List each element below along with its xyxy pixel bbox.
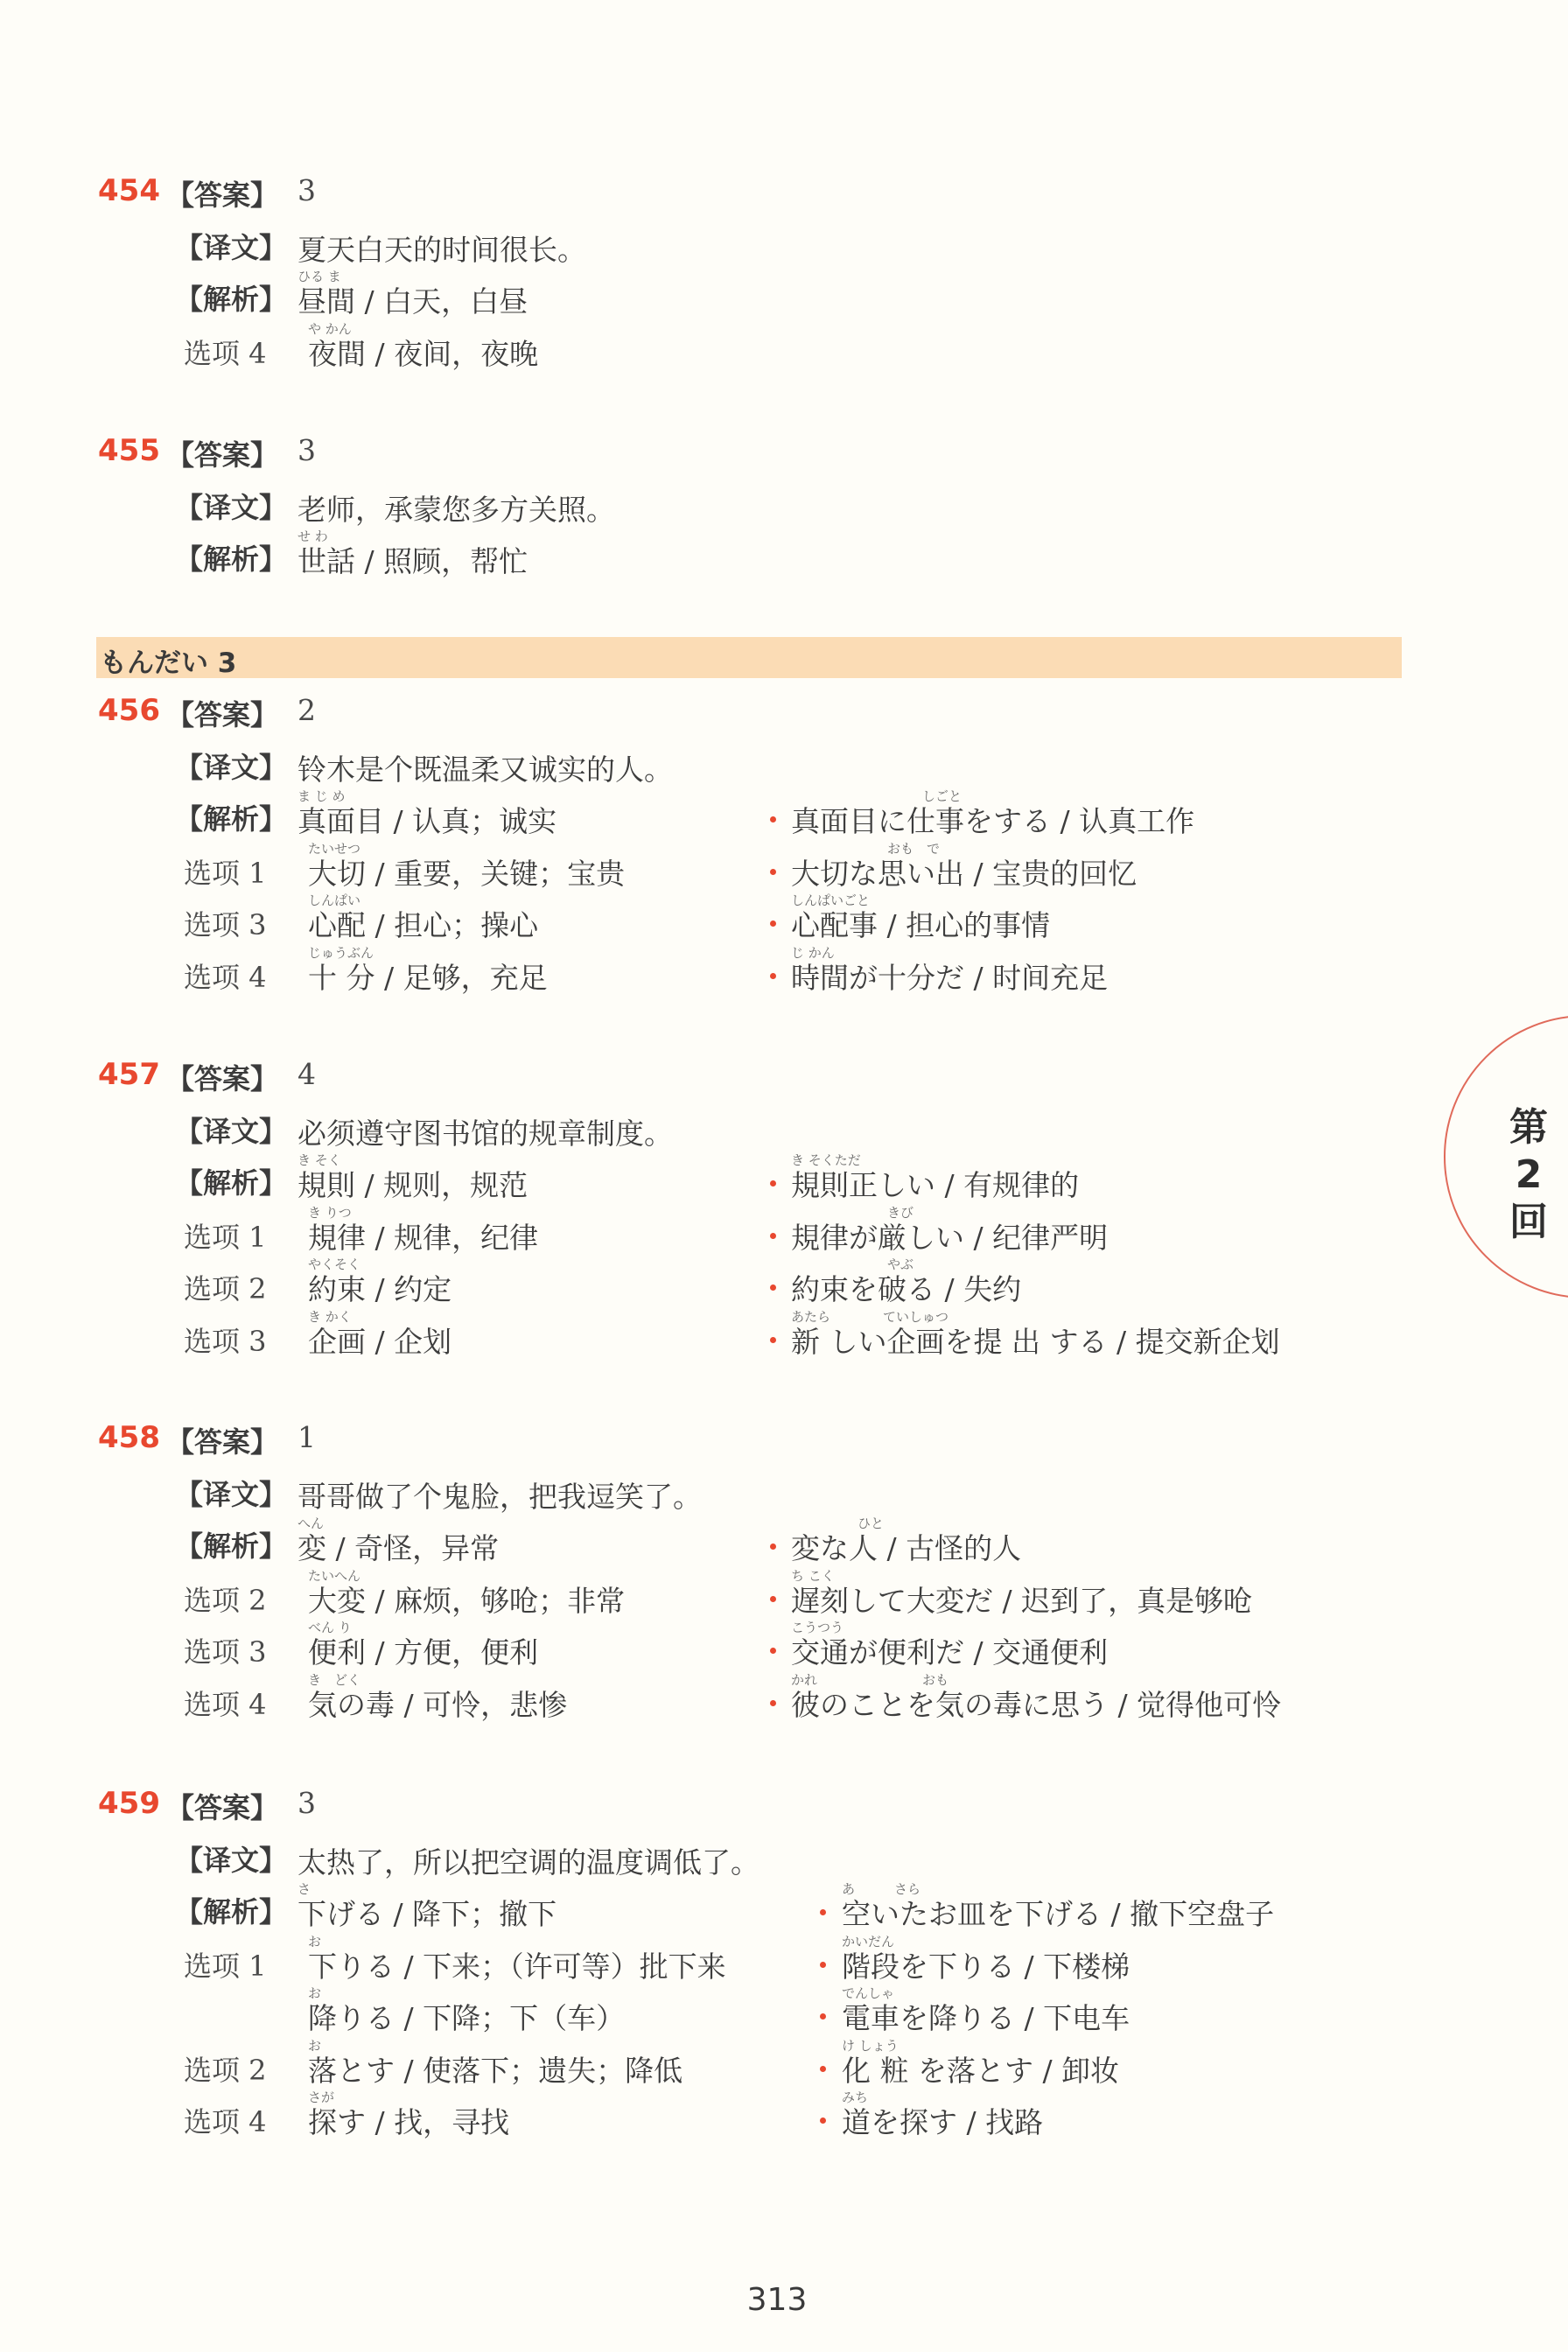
translation-text: 夏天白天的时间很长。 <box>297 227 586 269</box>
translation-row: 【译文】 必须遵守图书馆的规章制度。 <box>0 1102 1568 1155</box>
option-row: 选项 4 さが探す / 找，寻找 みち道を探す / 找路 <box>0 2091 1568 2144</box>
ruby: け しょう <box>842 2036 899 2054</box>
analysis-label: 【解析】 <box>175 797 287 837</box>
answer-label: 【答案】 <box>166 693 278 733</box>
bullet-icon <box>770 1596 776 1602</box>
example-text: やぶ約束を破る / 失约 <box>791 1267 1021 1308</box>
analysis-row: 【解析】 ひる ま昼間 / 白天，白昼 <box>0 270 1568 323</box>
option-label: 选项 4 <box>184 1683 267 1723</box>
translation-row: 【译文】 夏天白天的时间很长。 <box>0 219 1568 271</box>
example-text: おも で大切な思い出 / 宝贵的回忆 <box>791 851 1137 892</box>
option-text: き りつ規律 / 规律，纪律 <box>308 1215 538 1256</box>
ruby: あ さら <box>842 1879 920 1898</box>
bullet-icon <box>770 1284 776 1291</box>
section-title: もんだい 3 <box>100 640 236 680</box>
example-text: ち こく遅刻して大変だ / 迟到了，真是够呛 <box>791 1578 1252 1620</box>
answer-label: 【答案】 <box>166 1057 278 1097</box>
analysis-text: へん変 / 奇怪，异常 <box>297 1526 499 1567</box>
answer-value: 3 <box>297 173 316 207</box>
translation-label: 【译文】 <box>175 1473 287 1513</box>
option-text: たいせつ大切 / 重要，关键；宝贵 <box>308 851 625 892</box>
ruby: しんぱい <box>308 891 360 909</box>
answer-row: 459 【答案】 3 <box>0 1779 1568 1831</box>
analysis-row: 【解析】 へん変 / 奇怪，异常 ひと変な人 / 古怪的人 <box>0 1517 1568 1570</box>
option-label: 选项 4 <box>184 2100 267 2140</box>
example-text: しんぱいごと心配事 / 担心的事情 <box>791 903 1050 944</box>
bullet-icon <box>770 1233 776 1239</box>
ruby: や かん <box>308 319 352 338</box>
example-text: みち道を探す / 找路 <box>842 2100 1043 2141</box>
answer-row: 456 【答案】 2 <box>0 686 1568 738</box>
option-label: 选项 3 <box>184 903 267 943</box>
option-row: 选项 4 じゅうぶん十 分 / 足够，充足 じ かん時間が十分だ / 时间充足 <box>0 947 1568 999</box>
analysis-row: 【解析】 さ下げる / 降下；撤下 あ さら空いたお皿を下げる / 撤下空盘子 <box>0 1883 1568 1935</box>
bullet-icon <box>770 973 776 979</box>
answer-label: 【答案】 <box>166 1420 278 1460</box>
example-text: け しょう化 粧 を落とす / 卸妆 <box>842 2048 1119 2089</box>
bullet-icon <box>770 1700 776 1706</box>
translation-text: 老师，承蒙您多方关照。 <box>297 487 615 528</box>
bullet-icon <box>770 920 776 927</box>
option-row: 选项 3 べん り便利 / 方便，便利 こうつう交通が便利だ / 交通便利 <box>0 1621 1568 1674</box>
ruby: ま じ め <box>297 787 346 805</box>
option-text: やくそく約束 / 约定 <box>308 1267 451 1308</box>
example-text: かれ おも彼のことを気の毒に思う / 觉得他可怜 <box>791 1683 1281 1724</box>
ruby: き そく <box>297 1151 341 1169</box>
translation-text: 哥哥做了个鬼脸，把我逗笑了。 <box>297 1474 702 1515</box>
option-row: 选项 1 き りつ規律 / 规律，纪律 きび規律が厳しい / 纪律严明 <box>0 1207 1568 1259</box>
question-number: 458 <box>98 1420 160 1455</box>
option-label: 选项 3 <box>184 1319 267 1360</box>
example-text: こうつう交通が便利だ / 交通便利 <box>791 1630 1108 1671</box>
option-row: 选项 2 お落とす / 使落下；遗失；降低 け しょう化 粧 を落とす / 卸妆 <box>0 2040 1568 2092</box>
option-row: 选项 1 たいせつ大切 / 重要，关键；宝贵 おも で大切な思い出 / 宝贵的回… <box>0 843 1568 895</box>
ruby: さ <box>297 1879 311 1898</box>
option-text: き どく気の毒 / 可怜，悲惨 <box>308 1683 567 1724</box>
translation-row: 【译文】 老师，承蒙您多方关照。 <box>0 479 1568 531</box>
example-text: じ かん時間が十分だ / 时间充足 <box>791 955 1108 997</box>
translation-label: 【译文】 <box>175 745 287 786</box>
example-text: ひと変な人 / 古怪的人 <box>791 1526 1021 1567</box>
ruby: ひる ま <box>297 267 341 285</box>
answer-row: 458 【答案】 1 <box>0 1413 1568 1466</box>
option-text: お下りる / 下来；（许可等）批下来 <box>308 1944 726 1985</box>
option-row: 选项 1 お下りる / 下来；（许可等）批下来 かいだん階段を下りる / 下楼梯 <box>0 1935 1568 1988</box>
ruby: じゅうぶん <box>308 943 374 962</box>
option-label: 选项 3 <box>184 1630 267 1670</box>
ruby: たいへん <box>308 1566 360 1585</box>
question-number: 454 <box>98 173 160 208</box>
option-label: 选项 1 <box>184 851 267 892</box>
analysis-row: 【解析】 せ わ世話 / 照顾，帮忙 <box>0 530 1568 583</box>
option-row: 选项 4 き どく気の毒 / 可怜，悲惨 かれ おも彼のことを気の毒に思う / … <box>0 1674 1568 1726</box>
bullet-icon <box>770 1648 776 1654</box>
bullet-icon <box>770 1543 776 1550</box>
ruby: かれ おも <box>791 1670 948 1689</box>
analysis-label: 【解析】 <box>175 1524 287 1564</box>
ruby: お <box>308 1984 321 2002</box>
translation-text: 太热了，所以把空调的温度调低了。 <box>297 1840 759 1881</box>
analysis-text: さ下げる / 降下；撤下 <box>297 1892 556 1933</box>
ruby: べん り <box>308 1618 352 1636</box>
option-label: 选项 4 <box>184 332 267 372</box>
translation-text: 必须遵守图书馆的规章制度。 <box>297 1111 673 1152</box>
translation-label: 【译文】 <box>175 486 287 526</box>
ruby: せ わ <box>297 527 328 545</box>
answer-value: 3 <box>297 433 316 467</box>
bullet-icon <box>770 1180 776 1186</box>
analysis-text: ま じ め真面目 / 认真；诚实 <box>297 799 556 840</box>
bullet-icon <box>820 2066 826 2072</box>
option-row: 选项 3 き かく企画 / 企划 あたら ていしゅつ新 しい企画を提 出 する … <box>0 1311 1568 1363</box>
answer-value: 1 <box>297 1420 316 1454</box>
answer-value: 2 <box>297 693 316 727</box>
translation-row: 【译文】 铃木是个既温柔又诚实的人。 <box>0 738 1568 791</box>
answer-label: 【答案】 <box>166 1786 278 1826</box>
ruby: かいだん <box>842 1932 894 1950</box>
ruby: みち <box>842 2088 868 2106</box>
option-label: 选项 2 <box>184 1578 267 1619</box>
option-text: しんぱい心配 / 担心；操心 <box>308 903 538 944</box>
translation-label: 【译文】 <box>175 226 287 266</box>
ruby: でんしゃ <box>842 1984 894 2002</box>
ruby: ひと <box>857 1514 884 1532</box>
question-number: 459 <box>98 1786 160 1821</box>
tab-char: 第 <box>1507 1104 1550 1151</box>
example-text: あたら ていしゅつ新 しい企画を提 出 する / 提交新企划 <box>791 1319 1280 1361</box>
bullet-icon <box>770 869 776 875</box>
ruby: こうつう <box>791 1618 843 1636</box>
bullet-icon <box>820 2117 826 2124</box>
option-text: さが探す / 找，寻找 <box>308 2100 509 2141</box>
analysis-label: 【解析】 <box>175 277 287 318</box>
option-text: お降りる / 下降；下（车） <box>308 1996 625 2037</box>
ruby: やくそく <box>308 1255 360 1273</box>
example-text: きび規律が厳しい / 纪律严明 <box>791 1215 1108 1256</box>
analysis-label: 【解析】 <box>175 1161 287 1201</box>
option-text: たいへん大変 / 麻烦，够呛；非常 <box>308 1578 625 1620</box>
option-row: 选项 2 やくそく約束 / 约定 やぶ約束を破る / 失约 <box>0 1258 1568 1311</box>
translation-label: 【译文】 <box>175 1838 287 1879</box>
option-label: 选项 2 <box>184 1267 267 1307</box>
example-text: しごと真面目に仕事をする / 认真工作 <box>791 799 1194 840</box>
ruby: お <box>308 1932 321 1950</box>
ruby: き どく <box>308 1670 360 1689</box>
ruby: しんぱいごと <box>791 891 870 909</box>
bullet-icon <box>770 816 776 822</box>
translation-text: 铃木是个既温柔又诚实的人。 <box>297 747 673 788</box>
option-row: 选项 4 や かん夜間 / 夜间，夜晚 <box>0 323 1568 375</box>
option-row: 选项 3 しんぱい心配 / 担心；操心 しんぱいごと心配事 / 担心的事情 <box>0 894 1568 947</box>
ruby: たいせつ <box>308 839 360 857</box>
ruby: やぶ <box>887 1255 913 1273</box>
question-number: 457 <box>98 1057 160 1092</box>
option-text: じゅうぶん十 分 / 足够，充足 <box>308 955 548 997</box>
bullet-icon <box>820 2013 826 2019</box>
analysis-text: ひる ま昼間 / 白天，白昼 <box>297 279 528 320</box>
answer-row: 454 【答案】 3 <box>0 166 1568 219</box>
analysis-text: き そく規則 / 规则，规范 <box>297 1163 528 1204</box>
bullet-icon <box>820 1909 826 1915</box>
page-number: 313 <box>724 2282 829 2318</box>
ruby: き かく <box>308 1307 352 1326</box>
translation-row: 【译文】 哥哥做了个鬼脸，把我逗笑了。 <box>0 1466 1568 1518</box>
ruby: きび <box>887 1203 913 1221</box>
ruby: しごと <box>922 787 962 805</box>
example-text: かいだん階段を下りる / 下楼梯 <box>842 1944 1130 1985</box>
option-label: 选项 2 <box>184 2048 267 2089</box>
ruby: おも で <box>887 839 940 857</box>
ruby: ち こく <box>791 1566 835 1585</box>
example-text: でんしゃ電車を降りる / 下电车 <box>842 1996 1130 2037</box>
option-label: 选项 1 <box>184 1215 267 1256</box>
answer-row: 457 【答案】 4 <box>0 1050 1568 1102</box>
ruby: じ かん <box>791 943 835 962</box>
analysis-label: 【解析】 <box>175 537 287 577</box>
analysis-label: 【解析】 <box>175 1890 287 1930</box>
answer-value: 3 <box>297 1786 316 1820</box>
ruby: き そくただ <box>791 1151 861 1169</box>
tab-char: 回 <box>1507 1199 1550 1246</box>
answer-label: 【答案】 <box>166 433 278 473</box>
option-text: き かく企画 / 企划 <box>308 1319 451 1361</box>
option-text: お落とす / 使落下；遗失；降低 <box>308 2048 682 2089</box>
example-text: き そくただ規則正しい / 有规律的 <box>791 1163 1079 1204</box>
answer-label: 【答案】 <box>166 173 278 213</box>
question-number: 456 <box>98 693 160 728</box>
option-label: 选项 4 <box>184 955 267 996</box>
option-row: 选项 2 たいへん大変 / 麻烦，够呛；非常 ち こく遅刻して大変だ / 迟到了… <box>0 1570 1568 1622</box>
translation-label: 【译文】 <box>175 1109 287 1150</box>
example-text: あ さら空いたお皿を下げる / 撤下空盘子 <box>842 1892 1274 1933</box>
chapter-tab-label: 第 2 回 <box>1507 1104 1550 1246</box>
bullet-icon <box>820 1962 826 1968</box>
analysis-row: 【解析】 き そく規則 / 规则，规范 き そくただ規則正しい / 有规律的 <box>0 1154 1568 1207</box>
section-header-band: もんだい 3 <box>96 637 1402 678</box>
translation-row: 【译文】 太热了，所以把空调的温度调低了。 <box>0 1831 1568 1884</box>
ruby: へん <box>297 1514 324 1532</box>
ruby: さが <box>308 2088 334 2106</box>
question-number: 455 <box>98 433 160 468</box>
option-text: べん り便利 / 方便，便利 <box>308 1630 538 1671</box>
ruby: お <box>308 2036 321 2054</box>
option-text: や かん夜間 / 夜间，夜晚 <box>308 332 538 373</box>
ruby: あたら ていしゅつ <box>791 1307 948 1326</box>
ruby: き りつ <box>308 1203 352 1221</box>
option-row: お降りる / 下降；下（车） でんしゃ電車を降りる / 下电车 <box>0 1987 1568 2040</box>
analysis-text: せ わ世話 / 照顾，帮忙 <box>297 539 528 580</box>
tab-char: 2 <box>1507 1151 1550 1199</box>
bullet-icon <box>770 1337 776 1343</box>
answer-row: 455 【答案】 3 <box>0 426 1568 479</box>
option-label: 选项 1 <box>184 1944 267 1984</box>
analysis-row: 【解析】 ま じ め真面目 / 认真；诚实 しごと真面目に仕事をする / 认真工… <box>0 790 1568 843</box>
answer-value: 4 <box>297 1057 316 1091</box>
